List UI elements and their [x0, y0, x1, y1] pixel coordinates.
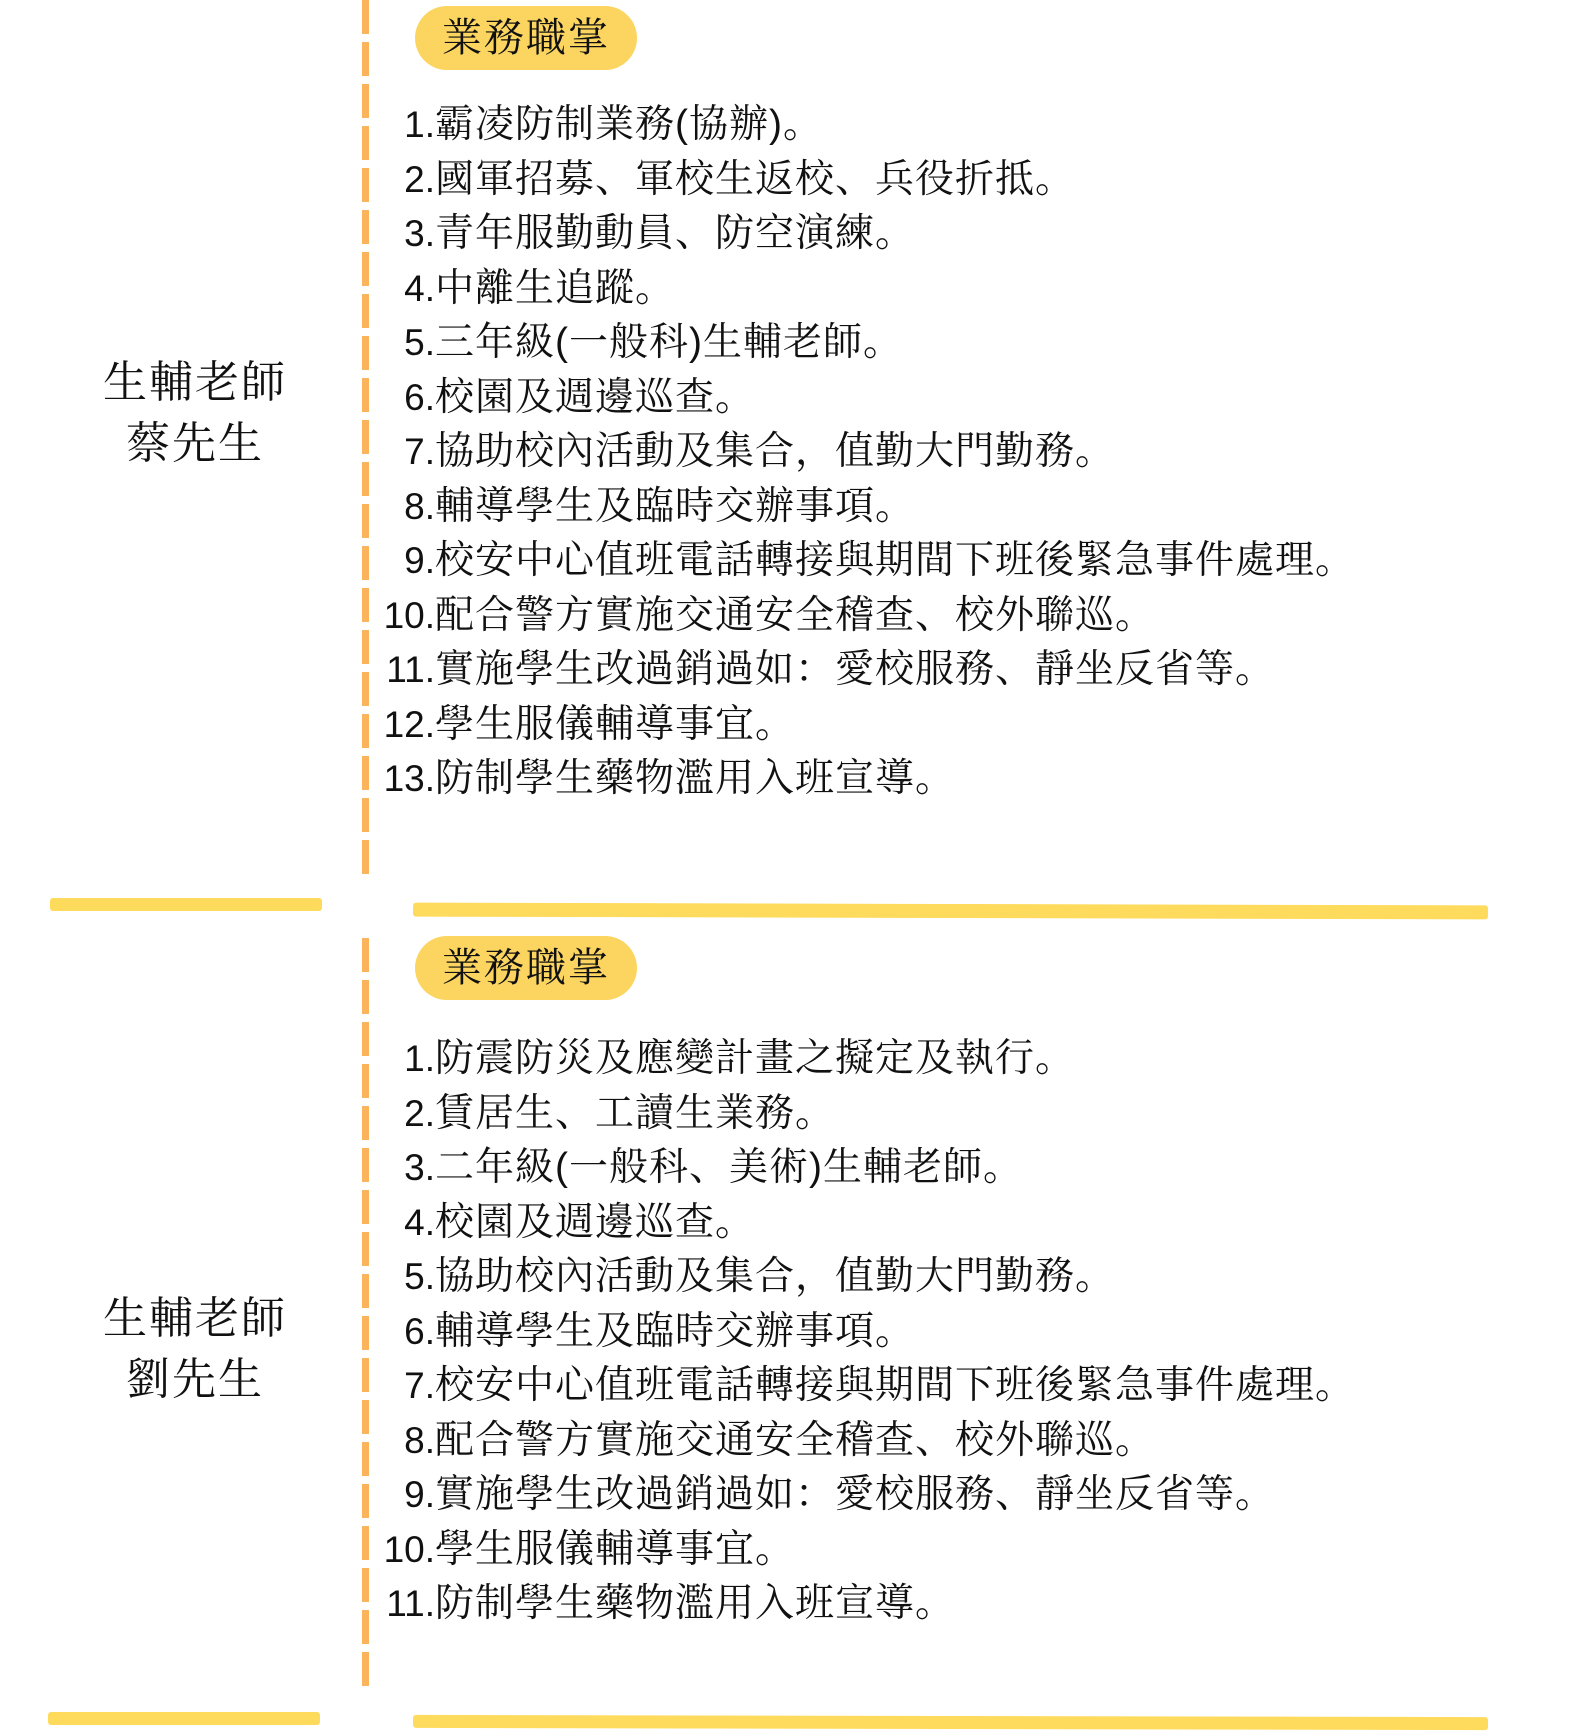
duty-item-number: 13. — [383, 752, 435, 807]
duty-table-page: 生輔老師 蔡先生 業務職掌 1. 霸凌防制業務(協辦)。 2. 國軍招募、軍校生… — [0, 0, 1587, 1735]
duty-item-text: 協助校內活動及集合，值勤大門勤務。 — [435, 425, 1557, 480]
duty-item-text: 青年服勤動員、防空演練。 — [435, 207, 1557, 262]
duty-item-text: 中離生追蹤。 — [435, 262, 1557, 317]
role-person: 蔡先生 — [0, 413, 390, 474]
duty-item-text: 防震防災及應變計畫之擬定及執行。 — [435, 1032, 1557, 1087]
duty-item-number: 7. — [383, 425, 435, 480]
duty-item: 1. 霸凌防制業務(協辦)。 — [383, 98, 1557, 153]
duty-item: 10. 學生服儀輔導事宜。 — [383, 1523, 1557, 1578]
duty-item-text: 配合警方實施交通安全稽查、校外聯巡。 — [435, 1414, 1557, 1469]
duty-item-text: 實施學生改過銷過如：愛校服務、靜坐反省等。 — [435, 1468, 1557, 1523]
duty-item-number: 10. — [383, 1523, 435, 1578]
duty-item-number: 9. — [383, 534, 435, 589]
duty-item: 5. 三年級(一般科)生輔老師。 — [383, 316, 1557, 371]
duty-item-text: 國軍招募、軍校生返校、兵役折抵。 — [435, 153, 1557, 208]
duty-item: 4. 中離生追蹤。 — [383, 262, 1557, 317]
duty-item-text: 輔導學生及臨時交辦事項。 — [435, 1305, 1557, 1360]
duty-item: 10. 配合警方實施交通安全稽查、校外聯巡。 — [383, 589, 1557, 644]
duty-item-number: 7. — [383, 1359, 435, 1414]
role-person: 劉先生 — [0, 1349, 390, 1410]
dashed-column-divider — [362, 938, 369, 1692]
duty-item-text: 配合警方實施交通安全稽查、校外聯巡。 — [435, 589, 1557, 644]
duty-item: 4. 校園及週邊巡查。 — [383, 1196, 1557, 1251]
row-divider-left — [50, 898, 322, 911]
role-label-section-2: 生輔老師 劉先生 — [0, 1288, 390, 1410]
duty-item: 2. 國軍招募、軍校生返校、兵役折抵。 — [383, 153, 1557, 208]
row-divider-right — [413, 903, 1488, 920]
dashed-column-divider — [362, 0, 369, 882]
duty-item-number: 6. — [383, 371, 435, 426]
duty-item: 5. 協助校內活動及集合，值勤大門勤務。 — [383, 1250, 1557, 1305]
duty-item-number: 5. — [383, 316, 435, 371]
duty-item: 13. 防制學生藥物濫用入班宣導。 — [383, 752, 1557, 807]
duty-item-number: 11. — [383, 1577, 435, 1632]
duty-item: 12. 學生服儀輔導事宜。 — [383, 698, 1557, 753]
duty-item-text: 校園及週邊巡查。 — [435, 371, 1557, 426]
duty-item: 6. 校園及週邊巡查。 — [383, 371, 1557, 426]
role-title: 生輔老師 — [0, 352, 390, 413]
duty-item: 6. 輔導學生及臨時交辦事項。 — [383, 1305, 1557, 1360]
section-header-badge: 業務職掌 — [415, 6, 637, 70]
duty-item-number: 8. — [383, 480, 435, 535]
duty-item-number: 8. — [383, 1414, 435, 1469]
role-label-section-1: 生輔老師 蔡先生 — [0, 352, 390, 474]
duty-item: 9. 校安中心值班電話轉接與期間下班後緊急事件處理。 — [383, 534, 1557, 589]
duty-item-number: 10. — [383, 589, 435, 644]
duty-item-text: 霸凌防制業務(協辦)。 — [435, 98, 1557, 153]
duty-item-number: 3. — [383, 207, 435, 262]
duty-item: 7. 校安中心值班電話轉接與期間下班後緊急事件處理。 — [383, 1359, 1557, 1414]
duty-item: 3. 二年級(一般科、美術)生輔老師。 — [383, 1141, 1557, 1196]
duty-item-number: 11. — [383, 643, 435, 698]
row-divider-right — [413, 1715, 1488, 1730]
duty-item: 11. 實施學生改過銷過如：愛校服務、靜坐反省等。 — [383, 643, 1557, 698]
duty-item: 11. 防制學生藥物濫用入班宣導。 — [383, 1577, 1557, 1632]
duty-item-number: 1. — [383, 98, 435, 153]
duty-item-text: 二年級(一般科、美術)生輔老師。 — [435, 1141, 1557, 1196]
duty-item-text: 學生服儀輔導事宜。 — [435, 698, 1557, 753]
duty-item-text: 實施學生改過銷過如：愛校服務、靜坐反省等。 — [435, 643, 1557, 698]
duty-item: 1. 防震防災及應變計畫之擬定及執行。 — [383, 1032, 1557, 1087]
duty-item: 9. 實施學生改過銷過如：愛校服務、靜坐反省等。 — [383, 1468, 1557, 1523]
duty-item-number: 4. — [383, 262, 435, 317]
duty-item: 8. 輔導學生及臨時交辦事項。 — [383, 480, 1557, 535]
duty-item: 3. 青年服勤動員、防空演練。 — [383, 207, 1557, 262]
duty-item-text: 防制學生藥物濫用入班宣導。 — [435, 752, 1557, 807]
duty-item: 2. 賃居生、工讀生業務。 — [383, 1087, 1557, 1142]
duty-item-number: 5. — [383, 1250, 435, 1305]
duty-item-text: 校安中心值班電話轉接與期間下班後緊急事件處理。 — [435, 1359, 1557, 1414]
duty-item-number: 2. — [383, 153, 435, 208]
duty-item: 8. 配合警方實施交通安全稽查、校外聯巡。 — [383, 1414, 1557, 1469]
duty-item-number: 4. — [383, 1196, 435, 1251]
duty-item-text: 輔導學生及臨時交辦事項。 — [435, 480, 1557, 535]
duty-item-text: 校園及週邊巡查。 — [435, 1196, 1557, 1251]
row-divider-left — [48, 1712, 320, 1725]
duties-section-2: 業務職掌 1. 防震防災及應變計畫之擬定及執行。 2. 賃居生、工讀生業務。 3… — [383, 936, 1557, 1632]
duty-item-text: 三年級(一般科)生輔老師。 — [435, 316, 1557, 371]
duty-item-text: 學生服儀輔導事宜。 — [435, 1523, 1557, 1578]
duty-list: 1. 防震防災及應變計畫之擬定及執行。 2. 賃居生、工讀生業務。 3. 二年級… — [383, 1032, 1557, 1632]
duty-item-text: 協助校內活動及集合，值勤大門勤務。 — [435, 1250, 1557, 1305]
duties-section-1: 業務職掌 1. 霸凌防制業務(協辦)。 2. 國軍招募、軍校生返校、兵役折抵。 … — [383, 6, 1557, 807]
duty-item-number: 6. — [383, 1305, 435, 1360]
duty-item-text: 賃居生、工讀生業務。 — [435, 1087, 1557, 1142]
section-header-badge: 業務職掌 — [415, 936, 637, 1000]
duty-item-text: 校安中心值班電話轉接與期間下班後緊急事件處理。 — [435, 534, 1557, 589]
duty-item-number: 9. — [383, 1468, 435, 1523]
duty-item-number: 2. — [383, 1087, 435, 1142]
duty-item-number: 1. — [383, 1032, 435, 1087]
duty-item: 7. 協助校內活動及集合，值勤大門勤務。 — [383, 425, 1557, 480]
duty-item-text: 防制學生藥物濫用入班宣導。 — [435, 1577, 1557, 1632]
duty-list: 1. 霸凌防制業務(協辦)。 2. 國軍招募、軍校生返校、兵役折抵。 3. 青年… — [383, 98, 1557, 807]
duty-item-number: 3. — [383, 1141, 435, 1196]
role-title: 生輔老師 — [0, 1288, 390, 1349]
duty-item-number: 12. — [383, 698, 435, 753]
